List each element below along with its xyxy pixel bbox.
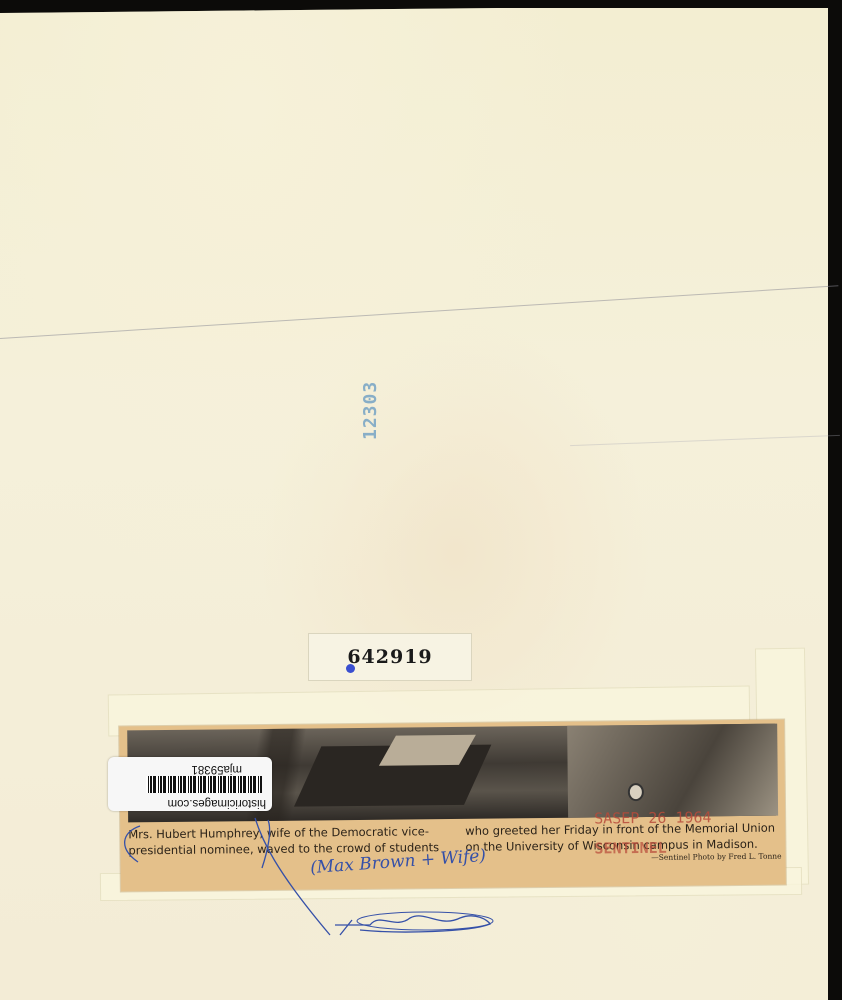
barcode-site: historicimages.com [168,797,266,809]
sentinel-stamp: SENTINEL [594,839,666,858]
vertical-stamp-number: 12303 [360,381,381,440]
barcode-label: historicimages.com mja59381 [108,757,272,811]
archive-number-label: 642919 [308,633,472,681]
barcode-code: mja59381 [191,763,242,775]
photo-credit: —Sentinel Photo by Fred L. Tonne [651,852,781,862]
ink-dot [346,664,355,673]
watch-detail [628,783,644,801]
archive-number: 642919 [347,646,432,668]
date-stamp: SASEP 26 1964 [594,808,712,827]
barcode-icon [146,776,262,793]
